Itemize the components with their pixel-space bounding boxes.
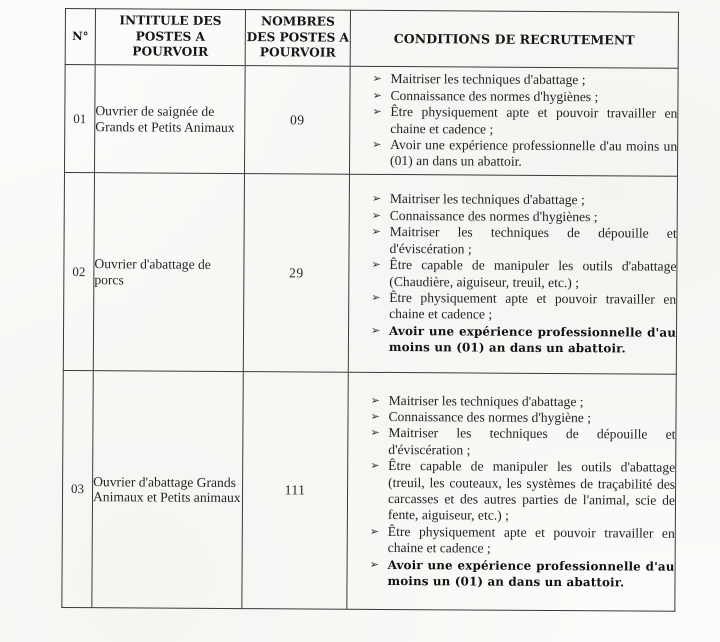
post-title: Ouvrier de saignée de Grands et Petits A… [94,65,245,174]
header-row: N° INTITULE DES POSTES A POURVOIR NOMBRE… [65,9,678,69]
post-count: 29 [243,174,349,373]
condition-text: Être physiquement apte et pouvoir travai… [390,104,677,136]
condition-item: ➢Être physiquement apte et pouvoir trava… [348,524,675,559]
table-body: 01Ouvrier de saignée de Grands et Petits… [62,65,678,612]
arrowhead-bullet-icon: ➢ [370,524,379,540]
conditions-list: ➢Maitriser les techniques d'abattage ;➢C… [350,71,678,171]
header-conditions: CONDITIONS DE RECRUTEMENT [350,10,678,68]
table-row: 03Ouvrier d'abattage Grands Animaux et P… [62,370,676,611]
condition-text: Être physiquement apte et pouvoir travai… [389,290,676,322]
header-number: N° [65,9,95,65]
arrowhead-bullet-icon: ➢ [371,323,380,339]
condition-text: Connaissance des normes d'hygiène ; [388,409,591,425]
arrowhead-bullet-icon: ➢ [372,208,381,224]
condition-text: Être physiquement apte et pouvoir travai… [388,524,675,556]
condition-item: ➢Avoir une expérience professionnelle d'… [350,137,677,172]
row-number: 03 [62,370,93,607]
condition-text: Être capable de manipuler les outils d'a… [388,458,675,523]
condition-item: ➢Maitriser les techniques de dépouille e… [348,425,675,460]
condition-text: Maitriser les techniques d'abattage ; [391,71,586,87]
arrowhead-bullet-icon: ➢ [372,191,381,207]
condition-item: ➢Être capable de manipuler les outils d'… [348,458,675,526]
table-row: 02Ouvrier d'abattage de porcs29➢Maitrise… [63,172,677,374]
arrowhead-bullet-icon: ➢ [370,425,379,441]
row-number: 01 [64,65,95,173]
condition-item: ➢Avoir une expérience professionnelle d'… [349,322,676,357]
row-number: 02 [63,172,94,370]
arrowhead-bullet-icon: ➢ [370,409,379,425]
condition-item: ➢Maitriser les techniques d'abattage ; [351,71,678,89]
conditions-cell: ➢Maitriser les techniques d'abattage ;➢C… [348,174,677,374]
arrowhead-bullet-icon: ➢ [372,137,381,153]
arrowhead-bullet-icon: ➢ [373,71,382,87]
arrowhead-bullet-icon: ➢ [372,104,381,120]
condition-item: ➢Connaissance des normes d'hygiène ; [348,409,675,427]
arrowhead-bullet-icon: ➢ [372,88,381,104]
arrowhead-bullet-icon: ➢ [371,392,380,408]
table-row: 01Ouvrier de saignée de Grands et Petits… [64,65,678,177]
recruitment-table: N° INTITULE DES POSTES A POURVOIR NOMBRE… [61,8,679,612]
condition-item: ➢Être physiquement apte et pouvoir trava… [349,290,676,325]
conditions-cell: ➢Maitriser les techniques d'abattage ;➢C… [349,66,678,176]
post-count: 111 [242,372,348,610]
conditions-cell: ➢Maitriser les techniques d'abattage ;➢C… [347,372,676,611]
arrowhead-bullet-icon: ➢ [370,458,379,474]
table-header: N° INTITULE DES POSTES A POURVOIR NOMBRE… [65,9,678,69]
condition-item: ➢Maitriser les techniques de dépouille e… [349,224,676,259]
condition-item: ➢Connaissance des normes d'hygiènes ; [350,208,677,226]
condition-text: Maitriser les techniques d'abattage ; [390,191,585,207]
condition-item: ➢Avoir une expérience professionnelle d'… [347,556,674,591]
header-post-count: NOMBRES DES POSTES A POURVOIR [245,10,350,67]
arrowhead-bullet-icon: ➢ [370,556,379,572]
arrowhead-bullet-icon: ➢ [371,290,380,306]
condition-text: Maitriser les techniques de dépouille et… [389,224,676,256]
condition-text: Maitriser les techniques d'abattage ; [389,393,584,409]
condition-item: ➢Maitriser les techniques d'abattage ; [350,191,677,209]
condition-item: ➢Maitriser les techniques d'abattage ; [349,392,676,410]
arrowhead-bullet-icon: ➢ [371,257,380,273]
condition-item: ➢Être capable de manipuler les outils d'… [349,257,676,292]
condition-text: Avoir une expérience professionnelle d'a… [389,324,676,356]
condition-item: ➢Être physiquement apte et pouvoir trava… [350,104,677,139]
condition-text: Maitriser les techniques de dépouille et… [388,425,675,457]
conditions-list: ➢Maitriser les techniques d'abattage ;➢C… [347,392,675,591]
header-post-title: INTITULE DES POSTES A POURVOIR [95,9,245,66]
post-count: 09 [244,66,350,175]
condition-text: Avoir une expérience professionnelle d'a… [387,558,674,590]
post-title: Ouvrier d'abattage Grands Animaux et Pet… [92,371,243,609]
condition-text: Être capable de manipuler les outils d'a… [389,257,676,290]
condition-text: Avoir une expérience professionnelle d'a… [390,137,677,169]
condition-text: Connaissance des normes d'hygiènes ; [390,208,598,224]
conditions-list: ➢Maitriser les techniques d'abattage ;➢C… [349,191,677,357]
post-title: Ouvrier d'abattage de porcs [93,173,244,372]
condition-text: Connaissance des normes d'hygiènes ; [390,88,598,104]
arrowhead-bullet-icon: ➢ [372,224,381,240]
